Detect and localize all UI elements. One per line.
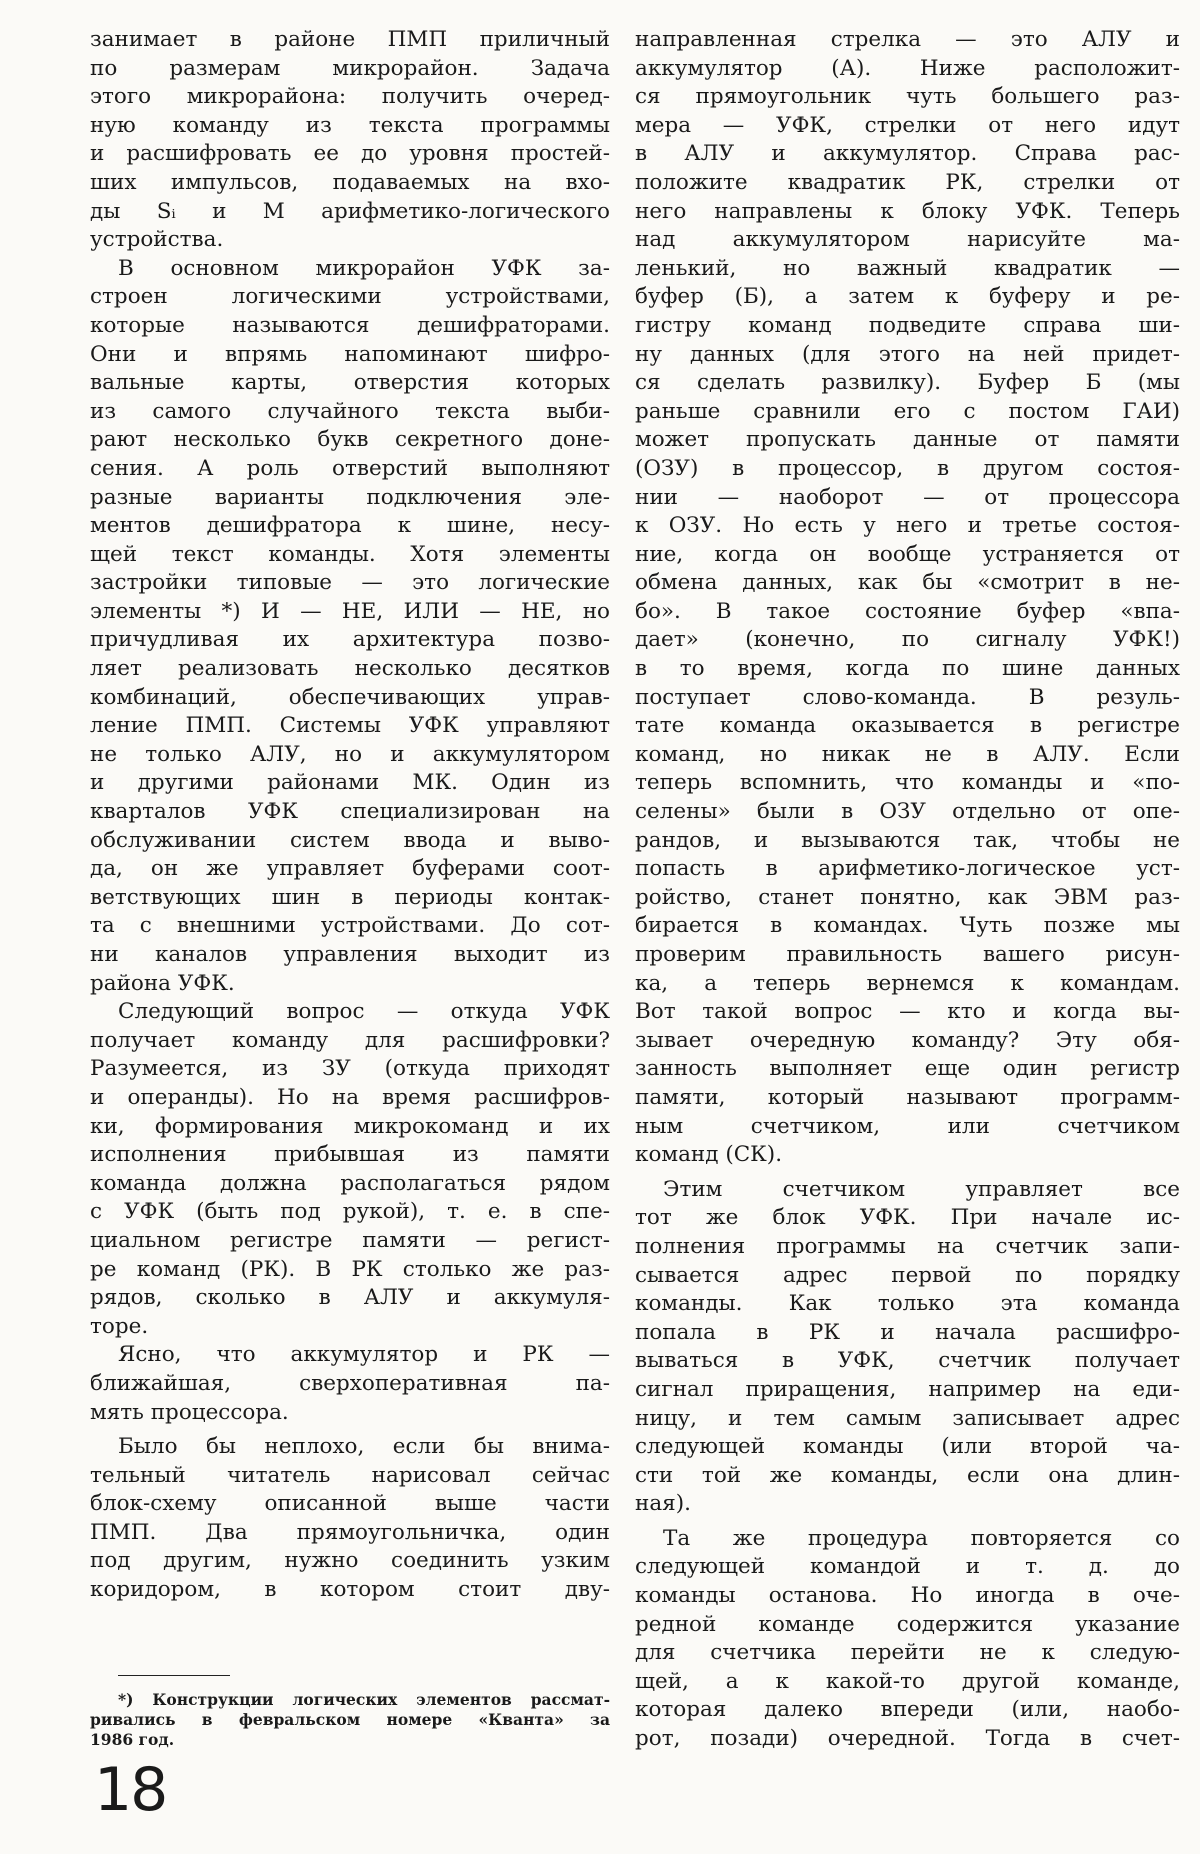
text-line: в то время, когда по шине данных [635,655,1180,684]
right-column: направленная стрелка — это АЛУ иаккумуля… [635,26,1180,1754]
text-line: кварталов УФК специализирован на [90,798,610,827]
text-line: ление ПМП. Системы УФК управляют [90,712,610,741]
text-line: которая далеко впереди (или, наобо- [635,1696,1180,1725]
text-line: редной команде содержится указание [635,1611,1180,1640]
text-line: не только АЛУ, но и аккумулятором [90,741,610,770]
text-line: Вот такой вопрос — кто и когда вы- [635,998,1180,1027]
text-line: команд, но никак не в АЛУ. Если [635,741,1180,770]
text-line: ляет реализовать несколько десятков [90,655,610,684]
text-line: Та же процедура повторяется со [635,1525,1180,1554]
text-line: вальные карты, отверстия которых [90,369,610,398]
text-line: циальном регистре памяти — регист- [90,1227,610,1256]
text-line: обмена данных, как бы «смотрит в не- [635,569,1180,598]
text-line: сигнал приращения, например на еди- [635,1376,1180,1405]
text-line: ленький, но важный квадратик — [635,255,1180,284]
text-line: вываться в УФК, счетчик получает [635,1347,1180,1376]
text-line: разные варианты подключения эле- [90,484,610,513]
text-line: рот, позади) очередной. Тогда в счет- [635,1725,1180,1754]
text-line: Ясно, что аккумулятор и РК — [90,1341,610,1370]
text-line: положите квадратик РК, стрелки от [635,169,1180,198]
text-line: коридором, в котором стоит дву- [90,1576,610,1605]
text-line: тате команда оказывается в регистре [635,712,1180,741]
text-line: ным счетчиком, или счетчиком [635,1113,1180,1142]
text-line: полнения программы на счетчик запи- [635,1233,1180,1262]
text-line: В основном микрорайон УФК за- [90,255,610,284]
text-line: ройство, станет понятно, как ЭВМ раз- [635,884,1180,913]
text-line: зывает очередную команду? Эту обя- [635,1027,1180,1056]
text-line: команда должна располагаться рядом [90,1170,610,1199]
text-line: команды останова. Но иногда в оче- [635,1582,1180,1611]
text-line: следующей команды (или второй ча- [635,1433,1180,1462]
text-line: ветствующих шин в периоды контак- [90,884,610,913]
text-line: гистру команд подведите справа ши- [635,312,1180,341]
text-line: сывается адрес первой по порядку [635,1262,1180,1291]
text-line: ментов дешифратора к шине, несу- [90,512,610,541]
text-line: сти той же команды, если она длин- [635,1462,1180,1491]
text-line: под другим, нужно соединить узким [90,1547,610,1576]
text-line: да, он же управляет буферами соот- [90,855,610,884]
text-line: ние, когда он вообще устраняется от [635,541,1180,570]
text-line: по размерам микрорайон. Задача [90,55,610,84]
text-line: ни каналов управления выходит из [90,941,610,970]
text-line: *) Конструкции логических элементов расс… [90,1690,610,1710]
footnote: *) Конструкции логических элементов расс… [90,1690,610,1750]
text-line: к ОЗУ. Но есть у него и третье состоя- [635,512,1180,541]
text-line: ре команд (РК). В РК столько же раз- [90,1256,610,1285]
text-line: проверим правильность вашего рисун- [635,941,1180,970]
text-line: над аккумулятором нарисуйте ма- [635,226,1180,255]
text-line: и расшифровать ее до уровня простей- [90,140,610,169]
text-line: Разумеется, из ЗУ (откуда приходят [90,1055,610,1084]
text-line: ся прямоугольник чуть большего раз- [635,83,1180,112]
text-line: дает» (конечно, по сигналу УФК!) [635,626,1180,655]
text-line: теперь вспомнить, что команды и «по- [635,769,1180,798]
text-line: нии — наоборот — от процессора [635,484,1180,513]
text-line: исполнения прибывшая из памяти [90,1141,610,1170]
text-line: тот же блок УФК. При начале ис- [635,1204,1180,1233]
text-line: буфер (Б), а затем к буферу и ре- [635,283,1180,312]
text-line: команд (СК). [635,1141,1180,1170]
text-line: направленная стрелка — это АЛУ и [635,26,1180,55]
text-line: мять процессора. [90,1399,610,1428]
text-line: следующей командой и т. д. до [635,1553,1180,1582]
text-line: раньше сравнили его с постом ГАИ) [635,398,1180,427]
page-number: 18 [94,1760,166,1820]
text-line: та с внешними устройствами. До сот- [90,912,610,941]
text-line: тельный читатель нарисовал сейчас [90,1462,610,1491]
text-line: сения. А роль отверстий выполняют [90,455,610,484]
text-line: строен логическими устройствами, [90,283,610,312]
text-line: него направлены к блоку УФК. Теперь [635,198,1180,227]
text-line: Следующий вопрос — откуда УФК [90,998,610,1027]
text-line: застройки типовые — это логические [90,569,610,598]
text-line: команды. Как только эта команда [635,1290,1180,1319]
text-line: ка, а теперь вернемся к командам. [635,970,1180,999]
text-line: 1986 год. [90,1730,610,1750]
text-line: торе. [90,1313,610,1342]
text-line: аккумулятор (А). Ниже расположит- [635,55,1180,84]
text-line: для счетчика перейти не к следую- [635,1639,1180,1668]
text-line: попала в РК и начала расшифро- [635,1319,1180,1348]
text-line: может пропускать данные от памяти [635,426,1180,455]
text-line: ды Sᵢ и M арифметико-логического [90,198,610,227]
text-line: (ОЗУ) в процессор, в другом состоя- [635,455,1180,484]
text-line: ших импульсов, подаваемых на вхо- [90,169,610,198]
text-line: и операнды). Но на время расшифров- [90,1084,610,1113]
text-line: Этим счетчиком управляет все [635,1176,1180,1205]
text-line: рандов, и вызываются так, чтобы не [635,827,1180,856]
text-line: элементы *) И — НЕ, ИЛИ — НЕ, но [90,598,610,627]
text-line: комбинаций, обеспечивающих управ- [90,684,610,713]
text-line: щей, а к какой-то другой команде, [635,1668,1180,1697]
text-line: ну данных (для этого на ней придет- [635,341,1180,370]
text-line: блок-схему описанной выше части [90,1490,610,1519]
text-line: из самого случайного текста выби- [90,398,610,427]
text-line: получает команду для расшифровки? [90,1027,610,1056]
text-line: ная). [635,1490,1180,1519]
text-line: ближайшая, сверхоперативная па- [90,1370,610,1399]
text-line: ки, формирования микрокоманд и их [90,1113,610,1142]
text-line: ПМП. Два прямоугольничка, один [90,1519,610,1548]
text-line: ривались в февральском номере «Кванта» з… [90,1710,610,1730]
text-line: с УФК (быть под рукой), т. е. в спе- [90,1198,610,1227]
text-line: ницу, и тем самым записывает адрес [635,1405,1180,1434]
text-line: памяти, который называют программ- [635,1084,1180,1113]
text-line: щей текст команды. Хотя элементы [90,541,610,570]
text-line: Было бы неплохо, если бы внима- [90,1433,610,1462]
text-line: бирается в командах. Чуть позже мы [635,912,1180,941]
text-line: занность выполняет еще один регистр [635,1055,1180,1084]
text-line: мера — УФК, стрелки от него идут [635,112,1180,141]
text-line: которые называются дешифраторами. [90,312,610,341]
text-line: бо». В такое состояние буфер «впа- [635,598,1180,627]
text-line: устройства. [90,226,610,255]
text-line: попасть в арифметико-логическое уст- [635,855,1180,884]
text-line: селены» были в ОЗУ отдельно от опе- [635,798,1180,827]
text-line: в АЛУ и аккумулятор. Справа рас- [635,140,1180,169]
text-line: рядов, сколько в АЛУ и аккумуля- [90,1284,610,1313]
text-line: района УФК. [90,970,610,999]
text-line: поступает слово-команда. В резуль- [635,684,1180,713]
text-line: Они и впрямь напоминают шифро- [90,341,610,370]
text-line: этого микрорайона: получить очеред- [90,83,610,112]
footnote-divider [118,1675,230,1676]
text-line: ную команду из текста программы [90,112,610,141]
text-line: и другими районами МК. Один из [90,769,610,798]
text-line: рают несколько букв секретного доне- [90,426,610,455]
text-line: обслуживании систем ввода и выво- [90,827,610,856]
text-line: занимает в районе ПМП приличный [90,26,610,55]
left-column: занимает в районе ПМП приличныйпо размер… [90,26,610,1605]
text-line: ся сделать развилку). Буфер Б (мы [635,369,1180,398]
text-line: причудливая их архитектура позво- [90,626,610,655]
